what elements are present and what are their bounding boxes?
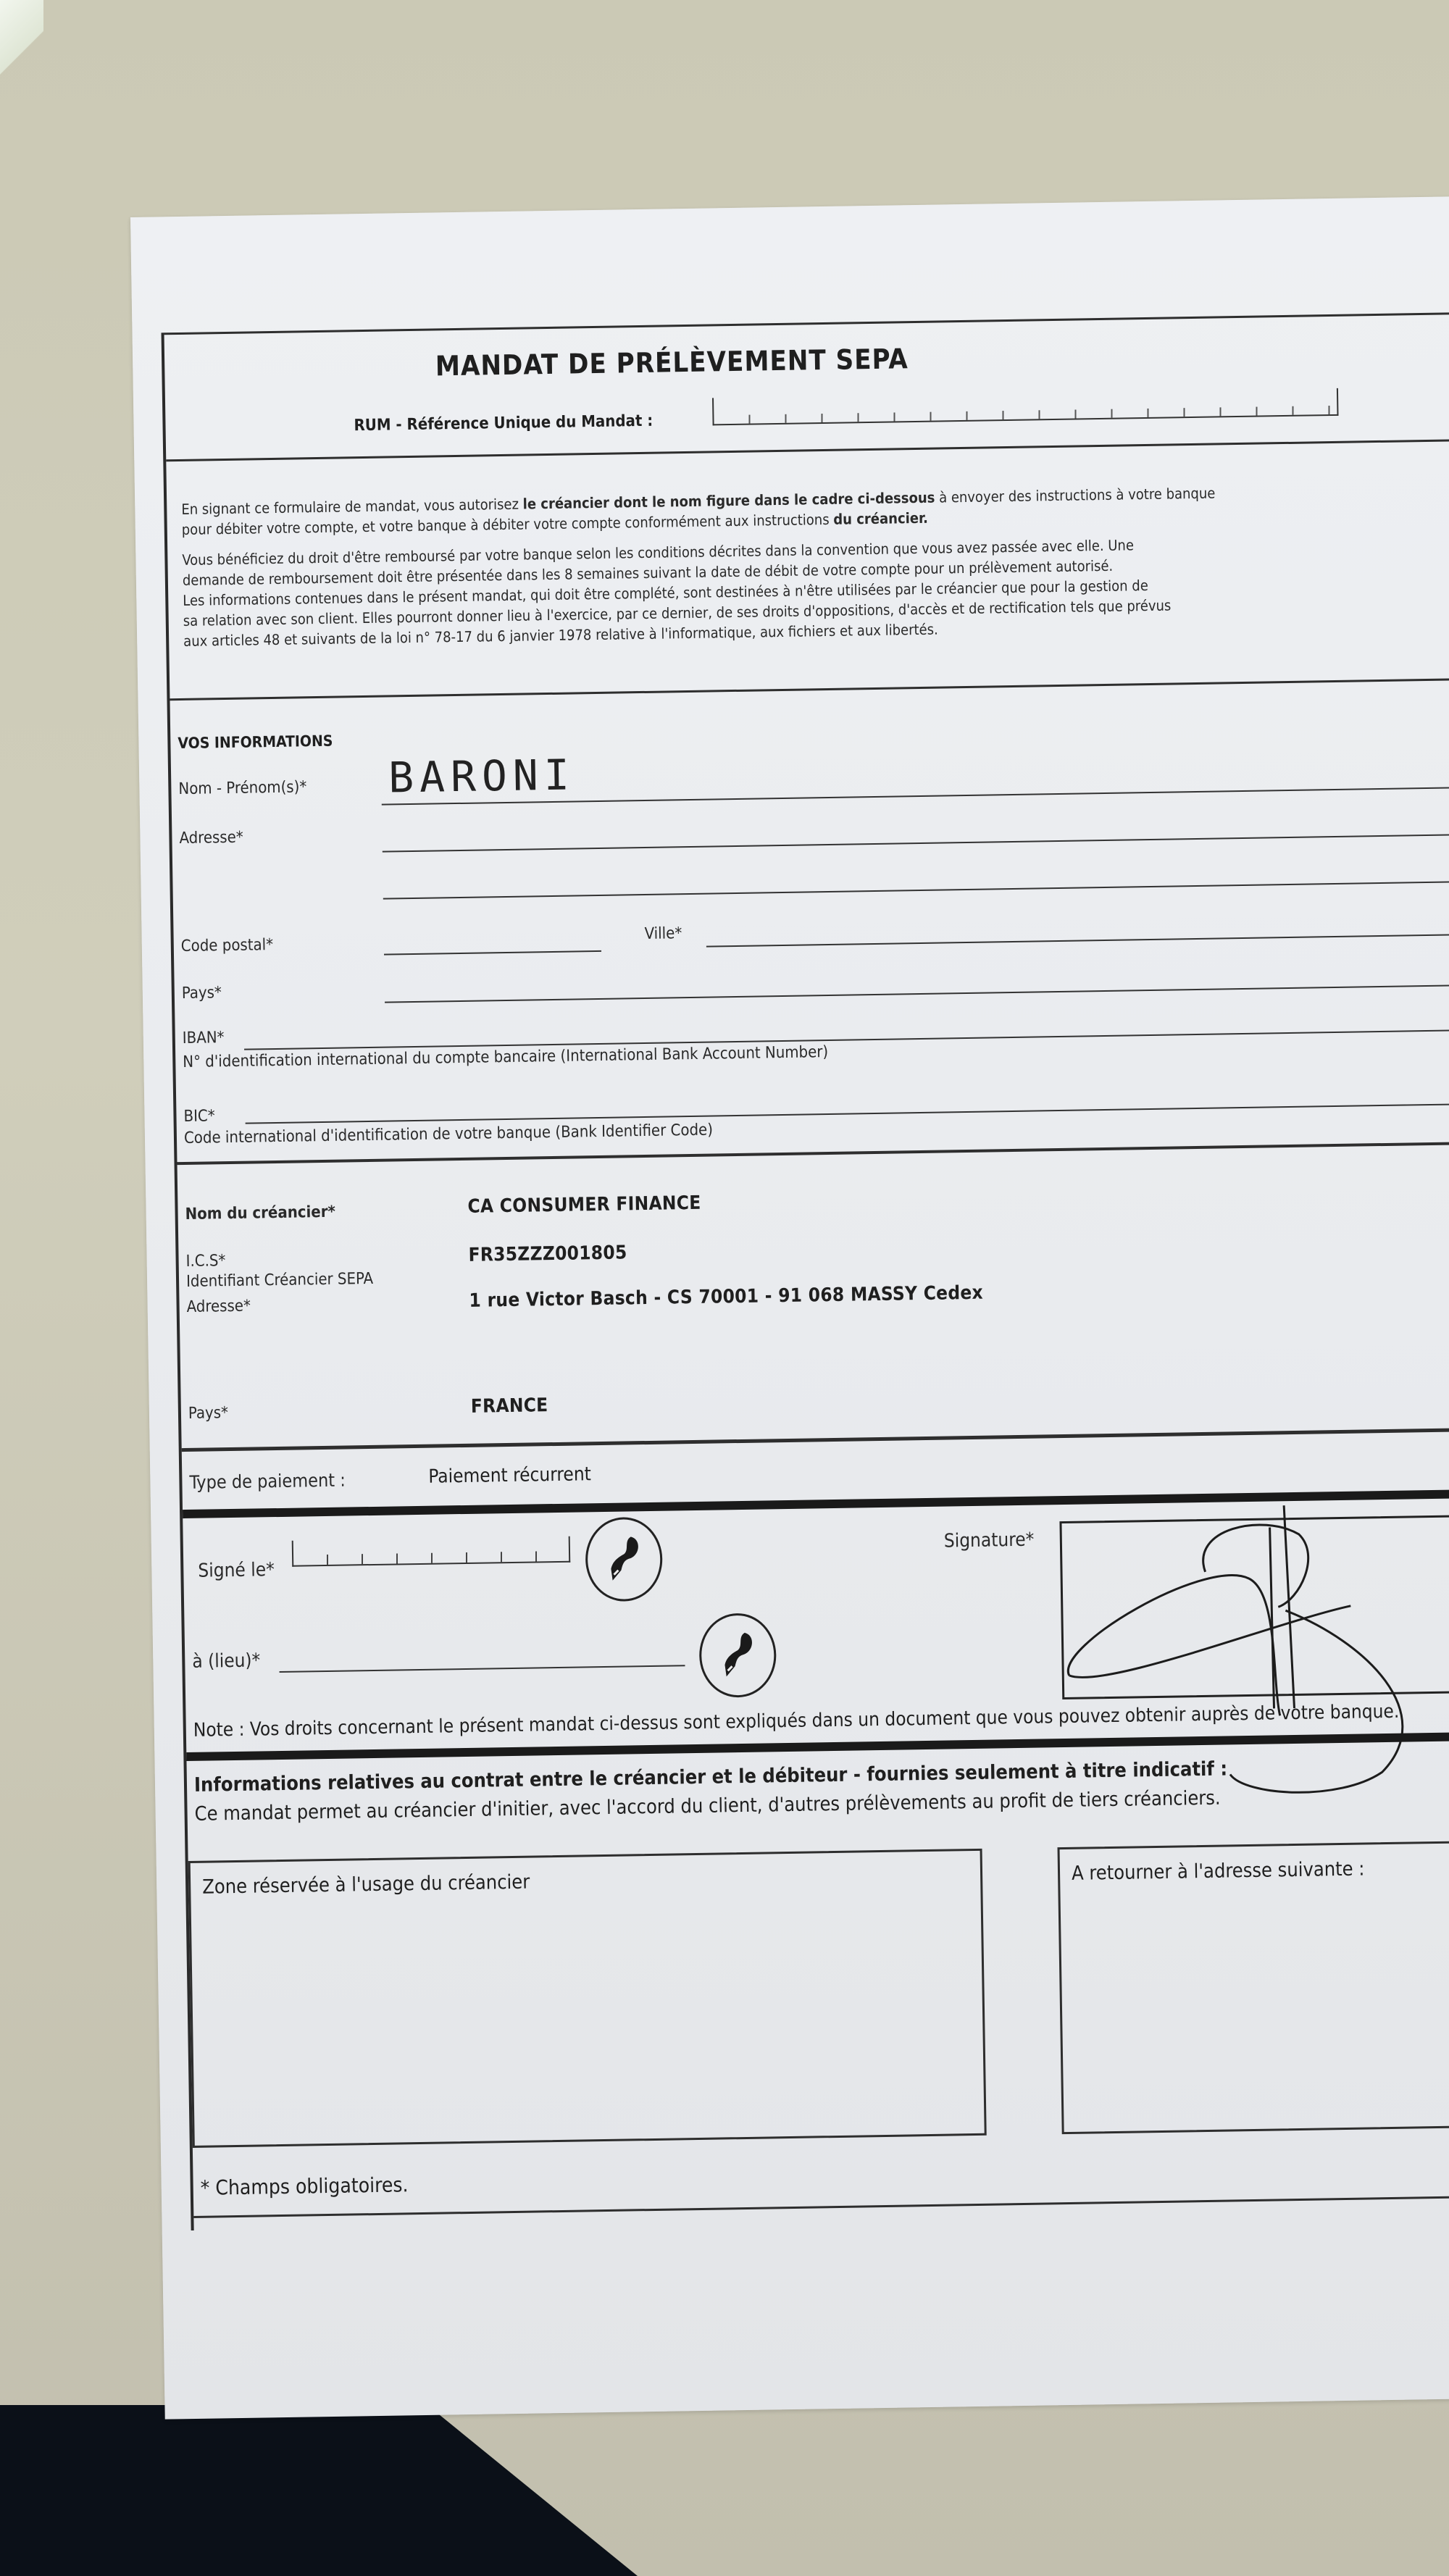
creditor-name-label: Nom du créancier* [185,1203,335,1224]
address-label: Adresse* [179,829,243,848]
creditor-address-value: 1 rue Victor Basch - CS 70001 - 91 068 M… [469,1282,983,1312]
name-label: Nom - Prénom(s)* [178,778,306,798]
address-field-1[interactable] [383,834,1449,853]
postal-code-field[interactable] [384,950,601,955]
name-value: BARONI [388,750,576,802]
signed-date-label: Signé le* [198,1559,275,1582]
section-title-debtor: VOS INFORMATIONS [178,732,333,752]
sepa-mandate-sheet: MANDAT DE PRÉLÈVEMENT SEPA RUM - Référen… [130,196,1449,2420]
place-label: à (lieu)* [192,1649,260,1672]
required-fields-note: * Champs obligatoires. [200,2173,408,2199]
rum-input[interactable] [712,388,1338,426]
pen-sign-icon [585,1517,663,1602]
return-address-zone: A retourner à l'adresse suivante : [1058,1839,1449,2134]
creditor-name-value: CA CONSUMER FINANCE [467,1192,701,1218]
ics-label: I.C.S* [185,1252,225,1271]
payment-type-label: Type de paiement : [189,1470,346,1493]
postal-code-label: Code postal* [181,936,274,955]
signed-date-input[interactable] [292,1536,571,1567]
bic-field[interactable] [246,1103,1449,1124]
city-field[interactable] [706,934,1449,948]
divider [193,2196,1449,2218]
return-address-label: A retourner à l'adresse suivante : [1072,1858,1365,1885]
pen-sign-icon [698,1613,777,1698]
rum-label: RUM - Référence Unique du Mandat : [354,412,653,435]
legal-text: En signant ce formulaire de mandat, vous… [181,477,1449,658]
signature-box[interactable] [1059,1513,1449,1699]
bic-label: BIC* [183,1107,215,1126]
iban-field[interactable] [244,1029,1449,1050]
creditor-country-label: Pays* [188,1404,228,1423]
creditor-country-value: FRANCE [471,1394,548,1418]
creditor-zone: Zone réservée à l'usage du créancier [188,1849,987,2148]
country-label: Pays* [182,984,222,1003]
iban-label: IBAN* [183,1029,225,1047]
divider [166,439,1449,461]
place-field[interactable] [280,1665,685,1673]
country-field[interactable] [385,984,1449,1003]
signature-label: Signature* [944,1529,1035,1552]
iban-description: N° d'identification international du com… [183,1043,828,1071]
bic-description: Code international d'identification de v… [184,1121,713,1147]
city-label: Ville* [644,924,682,943]
divider [170,678,1449,701]
divider [177,1142,1449,1165]
divider [164,312,1449,335]
address-field-2[interactable] [383,881,1449,900]
creditor-address-label: Adresse* [186,1297,251,1316]
background-object [0,0,43,80]
payment-type-value: Paiement récurrent [428,1463,591,1488]
creditor-zone-label: Zone réservée à l'usage du créancier [202,1871,530,1899]
mandate-form: MANDAT DE PRÉLÈVEMENT SEPA RUM - Référen… [162,312,1449,2230]
ics-value: FR35ZZZ001805 [468,1242,627,1266]
ics-sublabel: Identifiant Créancier SEPA [186,1270,373,1291]
page-title: MANDAT DE PRÉLÈVEMENT SEPA [164,338,1179,386]
divider [182,1428,1449,1452]
